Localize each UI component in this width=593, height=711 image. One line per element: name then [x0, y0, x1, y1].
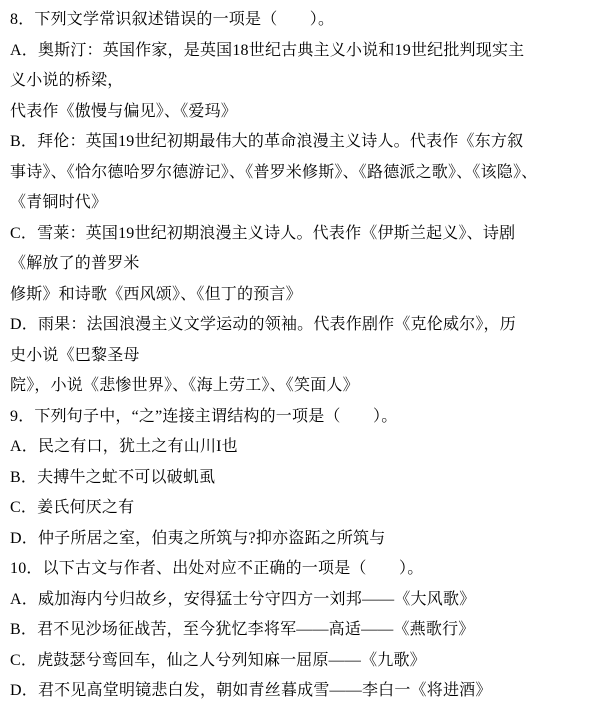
- question-9-option-b: B．夫搏牛之虻不可以破虮虱: [10, 463, 593, 494]
- question-8-option-c: C．雪莱：英国19世纪初期浪漫主义诗人。代表作《伊斯兰起义》、诗剧: [10, 219, 593, 250]
- question-8-option-d-cont: 史小说《巴黎圣母: [10, 341, 593, 372]
- question-8-option-c-cont: 《解放了的普罗米: [10, 249, 593, 280]
- question-8-option-b-cont: 事诗》、《恰尔德哈罗尔德游记》、《普罗米修斯》、《路德派之歌》、《该隐》、: [10, 158, 593, 189]
- question-9-option-c: C．姜氏何厌之有: [10, 493, 593, 524]
- question-10-option-d: D．君不见高堂明镜悲白发，朝如青丝暮成雪——李白一《将进酒》: [10, 676, 593, 707]
- question-8-stem: 8．下列文学常识叙述错误的一项是（ ）。: [10, 5, 593, 36]
- question-10-option-c: C．虎鼓瑟兮鸾回车，仙之人兮列知麻一屈原——《九歌》: [10, 646, 593, 677]
- question-9: 9．下列句子中，“之”连接主谓结构的一项是（ ）。 A．民之有口，犹土之有山川I…: [10, 402, 593, 555]
- question-9-stem: 9．下列句子中，“之”连接主谓结构的一项是（ ）。: [10, 402, 593, 433]
- question-8-option-d-cont: 院》，小说《悲惨世界》、《海上劳工》、《笑面人》: [10, 371, 593, 402]
- question-8-option-c-cont: 修斯》和诗歌《西风颂》、《但丁的预言》: [10, 280, 593, 311]
- question-10-stem: 10．以下古文与作者、出处对应不正确的一项是（ ）。: [10, 554, 593, 585]
- question-9-option-d: D．仲子所居之室，伯夷之所筑与?抑亦盗跖之所筑与: [10, 524, 593, 555]
- question-8: 8．下列文学常识叙述错误的一项是（ ）。 A．奥斯汀：英国作家，是英国18世纪古…: [10, 5, 593, 402]
- question-10-option-a: A．威加海内兮归故乡，安得猛士兮守四方一刘邦——《大风歌》: [10, 585, 593, 616]
- question-8-option-b-cont: 《青铜时代》: [10, 188, 593, 219]
- question-10-option-b: B．君不见沙场征战苦，至今犹忆李将军——高适——《燕歌行》: [10, 615, 593, 646]
- document-page: 8．下列文学常识叙述错误的一项是（ ）。 A．奥斯汀：英国作家，是英国18世纪古…: [0, 0, 593, 711]
- question-8-option-a-cont: 义小说的桥梁，: [10, 66, 593, 97]
- question-9-option-a: A．民之有口，犹土之有山川I也: [10, 432, 593, 463]
- question-8-option-a-cont: 代表作《傲慢与偏见》、《爱玛》: [10, 97, 593, 128]
- question-8-option-b: B．拜伦：英国19世纪初期最伟大的革命浪漫主义诗人。代表作《东方叙: [10, 127, 593, 158]
- question-10: 10．以下古文与作者、出处对应不正确的一项是（ ）。 A．威加海内兮归故乡，安得…: [10, 554, 593, 707]
- question-8-option-a: A．奥斯汀：英国作家，是英国18世纪古典主义小说和19世纪批判现实主: [10, 36, 593, 67]
- question-8-option-d: D．雨果：法国浪漫主义文学运动的领袖。代表作剧作《克伦威尔》，历: [10, 310, 593, 341]
